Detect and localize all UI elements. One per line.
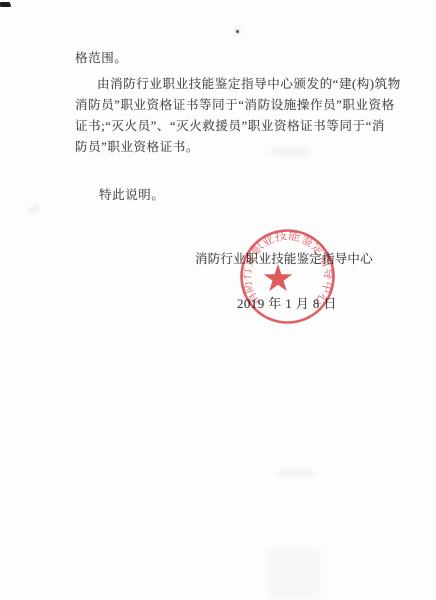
scan-artifact-smudge: [27, 203, 40, 214]
body-text-line-4: 证书;“灭火员”、“灭火救援员”职业资格证书等同于“消: [75, 119, 385, 133]
seal-arc-text: 消防行业职业技能鉴定指导中心: [239, 227, 336, 309]
scan-artifact-smudge: [279, 470, 313, 477]
body-text-line-1: 格范围。: [75, 51, 127, 65]
official-seal-stamp: 消防行业职业技能鉴定指导中心: [237, 226, 338, 327]
seal-arc-text-container: 消防行业职业技能鉴定指导中心: [239, 227, 336, 309]
scan-artifact-smudge: [272, 147, 310, 156]
closing-statement: 特此说明。: [99, 188, 165, 202]
body-text-line-3: 消防员”职业资格证书等同于“消防设施操作员”职业资格: [75, 98, 395, 112]
seal-star-icon: [264, 264, 293, 291]
body-text-line-2: 由消防行业职业技能鉴定指导中心颁发的“建(构)筑物: [97, 77, 401, 91]
scan-artifact-smudge: [268, 548, 320, 600]
scan-artifact-corner-mark: [0, 2, 10, 7]
body-text-line-5: 防员”职业资格证书。: [75, 140, 199, 154]
scanned-document-page: 格范围。 由消防行业职业技能鉴定指导中心颁发的“建(构)筑物 消防员”职业资格证…: [0, 0, 436, 600]
scan-artifact-speck: [236, 30, 239, 33]
